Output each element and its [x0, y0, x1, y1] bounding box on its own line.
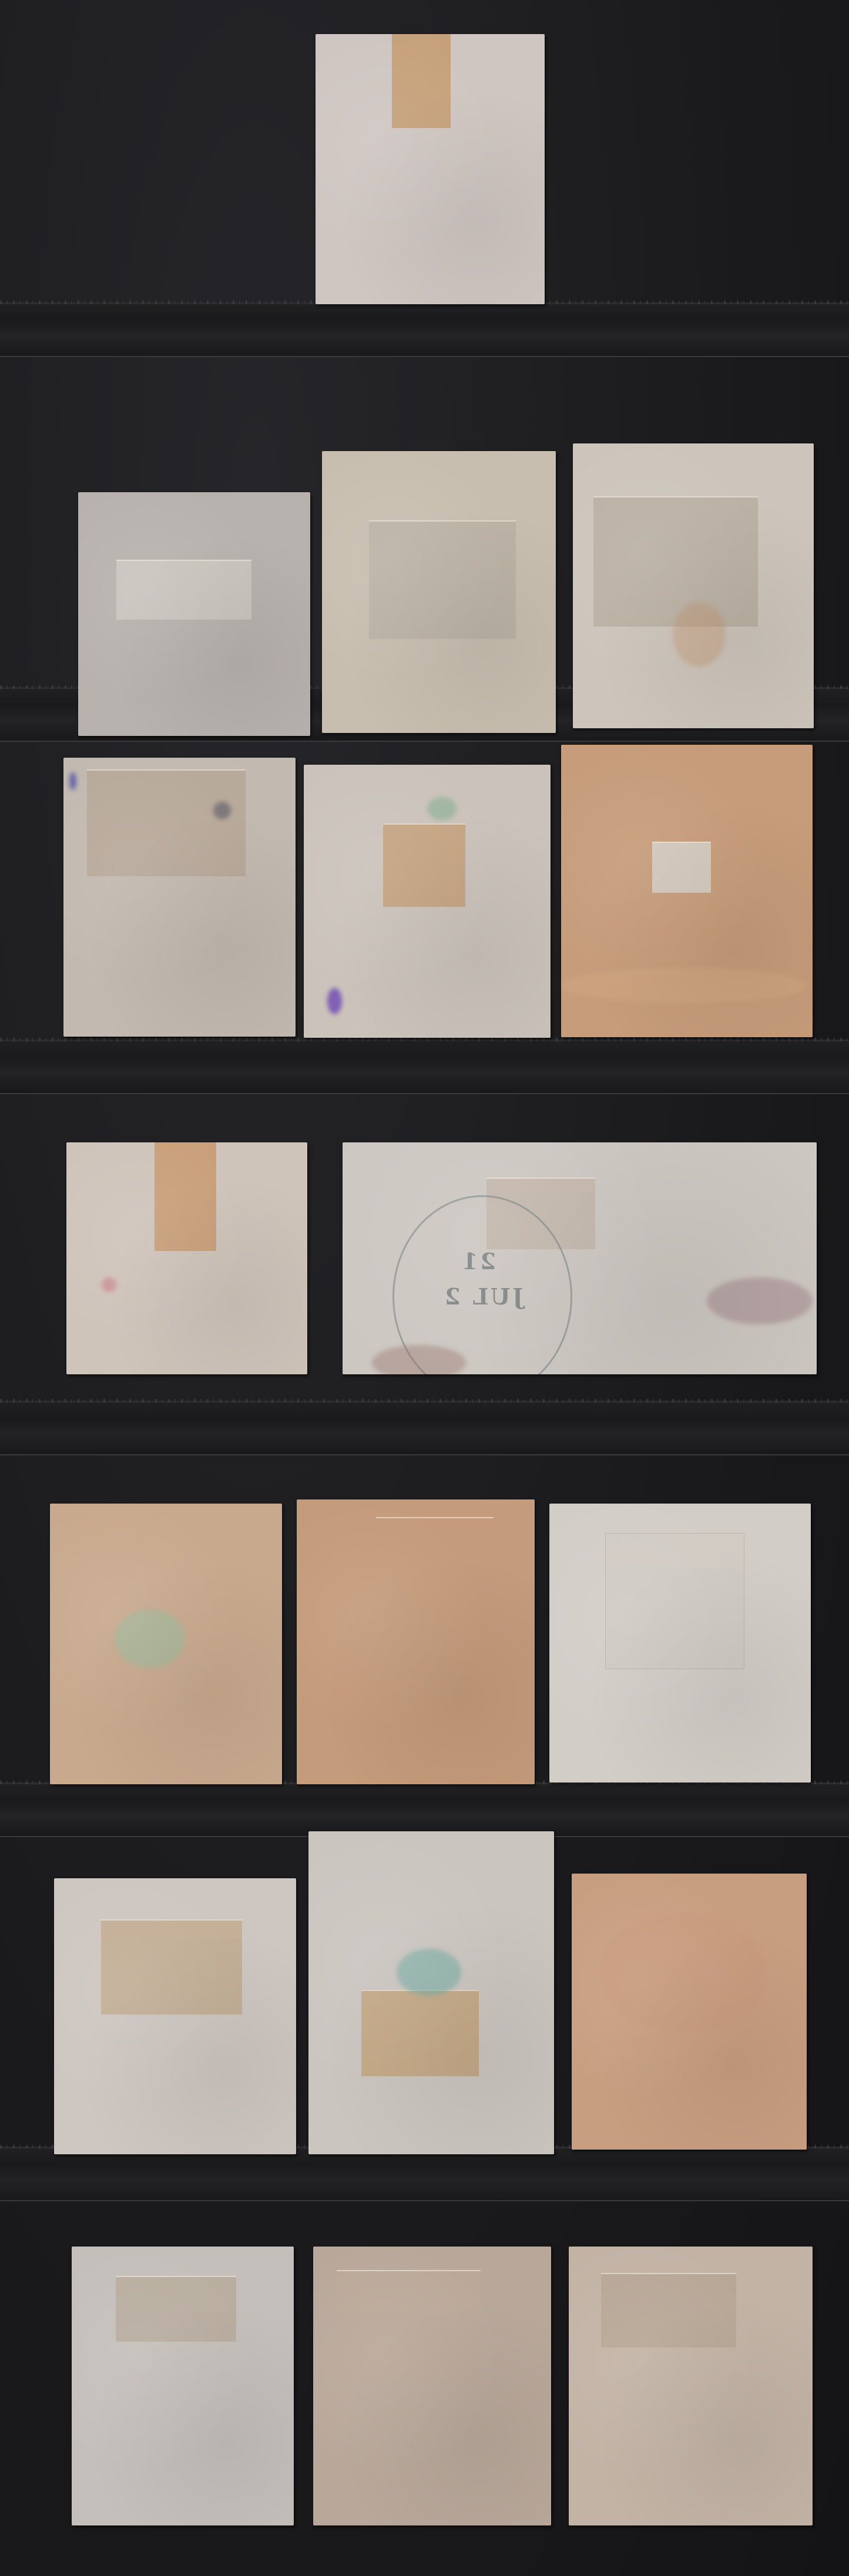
- stamp-back: [50, 1504, 282, 1784]
- hinge: [593, 496, 758, 627]
- stain: [673, 602, 726, 667]
- hinge: [652, 842, 711, 893]
- hinge: [383, 823, 465, 907]
- postmark-day: 21: [460, 1248, 496, 1274]
- postmark-month: JUL 2: [442, 1283, 524, 1310]
- stockbook-strip-6: [0, 2147, 849, 2201]
- hinge: [155, 1142, 216, 1251]
- hinge: [369, 520, 516, 639]
- ink-mark: [397, 1949, 461, 1996]
- stamp-back: [561, 745, 813, 1037]
- stamp-back: [573, 443, 814, 728]
- stamp-back: 21 JUL 2: [343, 1142, 817, 1374]
- stamp-back: [569, 2247, 813, 2525]
- stain: [601, 1915, 766, 2032]
- stamp-back: [63, 758, 296, 1037]
- ink-mark: [427, 797, 457, 820]
- stamp-back: [316, 34, 545, 304]
- hinge: [116, 2276, 236, 2342]
- postmark-ring: [392, 1195, 572, 1374]
- stamp-back: [572, 1874, 807, 2150]
- stockbook-strip-3: [0, 1040, 849, 1094]
- stamp-back: [54, 1878, 296, 2154]
- hinge: [486, 1178, 595, 1249]
- ink-mark: [69, 772, 76, 790]
- stockbook-strip-5: [0, 1783, 849, 1837]
- stamp-back: [313, 2247, 551, 2525]
- ink-mark: [327, 988, 342, 1014]
- hinge: [601, 2273, 736, 2348]
- stain: [561, 968, 808, 1003]
- stockbook-page: 21 JUL 2: [0, 0, 849, 2576]
- hinge: [116, 560, 251, 620]
- hinge: [605, 1533, 744, 1669]
- stamp-back: [304, 765, 551, 1038]
- stain: [102, 1277, 116, 1292]
- hinge: [392, 34, 451, 128]
- stamp-back: [308, 1831, 554, 2154]
- ink-mark: [213, 802, 231, 819]
- stockbook-strip-1: [0, 302, 849, 357]
- stamp-back: [66, 1142, 307, 1374]
- stamp-back: [78, 492, 310, 736]
- stamp-back: [297, 1499, 535, 1784]
- hinge: [337, 2270, 481, 2383]
- ink-cancel: [707, 1277, 813, 1324]
- stamp-back: [322, 451, 556, 733]
- stamp-back: [72, 2247, 294, 2525]
- ink-cancel: [372, 1345, 466, 1374]
- hinge: [376, 1517, 494, 1521]
- stockbook-strip-4: [0, 1401, 849, 1455]
- hinge: [101, 1919, 242, 2015]
- hinge: [361, 1990, 479, 2076]
- hinge: [87, 769, 246, 876]
- ink-mark: [115, 1609, 185, 1668]
- stamp-back: [549, 1504, 811, 1783]
